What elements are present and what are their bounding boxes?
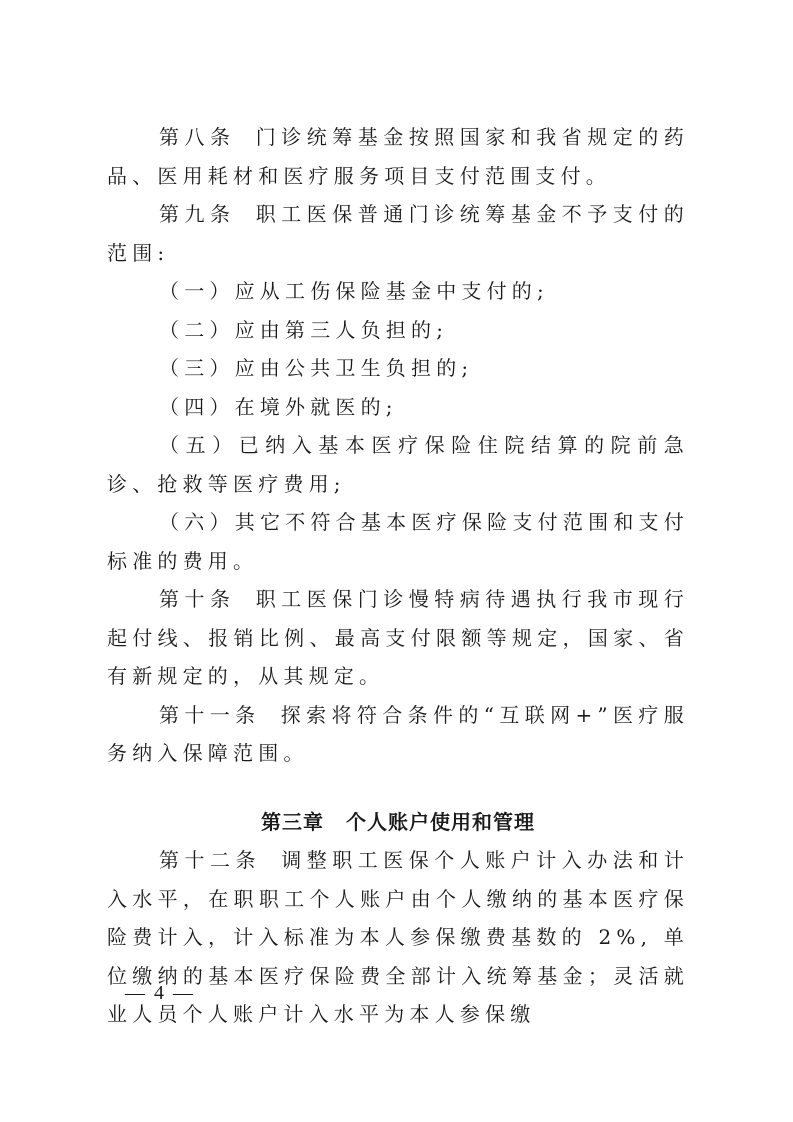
list-item: （五）已纳入基本医疗保险住院结算的院前急诊、抢救等医疗费用; — [107, 426, 689, 503]
list-item: （三）应由公共卫生负担的; — [107, 349, 689, 388]
list-item: （四）在境外就医的; — [107, 388, 689, 427]
list-item: （二）应由第三人负担的; — [107, 311, 689, 350]
chapter-label: 第三章 — [261, 810, 324, 834]
article-10: 第十条职工医保门诊慢特病待遇执行我市现行起付线、报销比例、最高支付限额等规定，国… — [107, 580, 689, 696]
chapter-title: 个人账户使用和管理 — [346, 810, 535, 834]
article-label: 第九条 — [159, 202, 236, 226]
chapter-heading: 第三章个人账户使用和管理 — [107, 803, 689, 842]
article-label: 第十条 — [159, 587, 236, 611]
list-item: （六）其它不符合基本医疗保险支付范围和支付标准的费用。 — [107, 503, 689, 580]
document-body: 第八条门诊统筹基金按照国家和我省规定的药品、医用耗材和医疗服务项目支付范围支付。… — [107, 118, 689, 1034]
page-number: — 4 — — [125, 982, 195, 1005]
article-11: 第十一条探索将符合条件的“互联网+”医疗服务纳入保障范围。 — [107, 696, 689, 773]
article-label: 第八条 — [159, 125, 236, 149]
article-8: 第八条门诊统筹基金按照国家和我省规定的药品、医用耗材和医疗服务项目支付范围支付。 — [107, 118, 689, 195]
list-item: （一）应从工伤保险基金中支付的; — [107, 272, 689, 311]
article-9: 第九条职工医保普通门诊统筹基金不予支付的范围: — [107, 195, 689, 272]
article-label: 第十一条 — [159, 703, 261, 727]
article-label: 第十二条 — [159, 848, 261, 872]
